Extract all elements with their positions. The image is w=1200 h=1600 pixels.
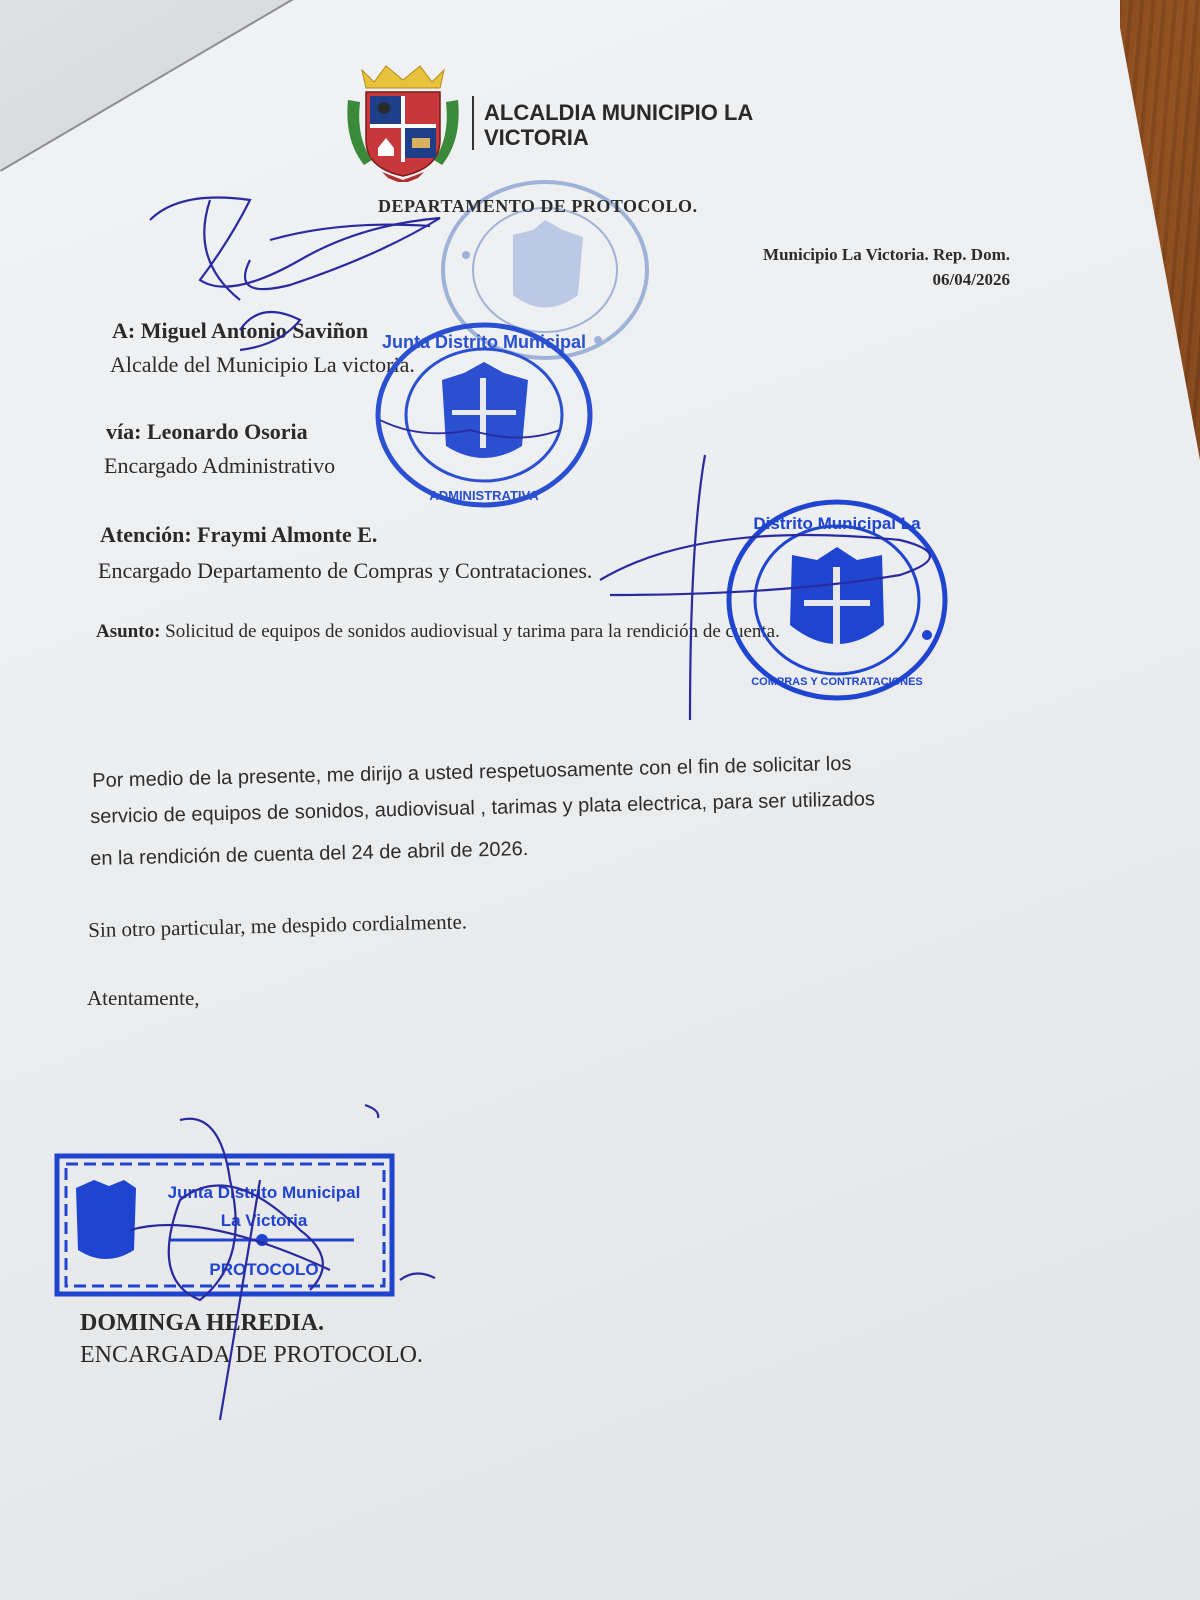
via-name: vía: Leonardo Osoria	[106, 419, 308, 445]
place-line: Municipio La Victoria. Rep. Dom.	[763, 242, 1010, 267]
municipal-crest-icon	[342, 60, 464, 182]
recipient-title: Alcalde del Municipio La victoria.	[110, 352, 415, 378]
department-title: DEPARTAMENTO DE PROTOCOLO.	[378, 196, 698, 217]
attention-title: Encargado Departamento de Compras y Cont…	[98, 558, 592, 584]
date-line: 06/04/2026	[763, 267, 1010, 292]
subject-label: Asunto:	[96, 621, 160, 642]
organization-name-line-2: VICTORIA	[484, 125, 814, 150]
via-title: Encargado Administrativo	[104, 453, 335, 479]
subject-line: Asunto: Solicitud de equipos de sonidos …	[96, 621, 780, 643]
organization-name-line-1: ALCALDIA MUNICIPIO LA	[484, 100, 814, 125]
recipient-name: A: Miguel Antonio Saviñon	[112, 318, 368, 344]
signer-title: ENCARGADA DE PROTOCOLO.	[80, 1342, 423, 1369]
attention-name: Atención: Fraymi Almonte E.	[100, 522, 377, 548]
signer-name: DOMINGA HEREDIA.	[80, 1310, 324, 1337]
subject-text: Solicitud de equipos de sonidos audiovis…	[165, 621, 780, 642]
header-divider	[472, 96, 474, 150]
place-and-date: Municipio La Victoria. Rep. Dom. 06/04/2…	[763, 242, 1010, 292]
organization-name: ALCALDIA MUNICIPIO LA VICTORIA	[484, 100, 814, 150]
salutation: Atentamente,	[87, 986, 200, 1011]
